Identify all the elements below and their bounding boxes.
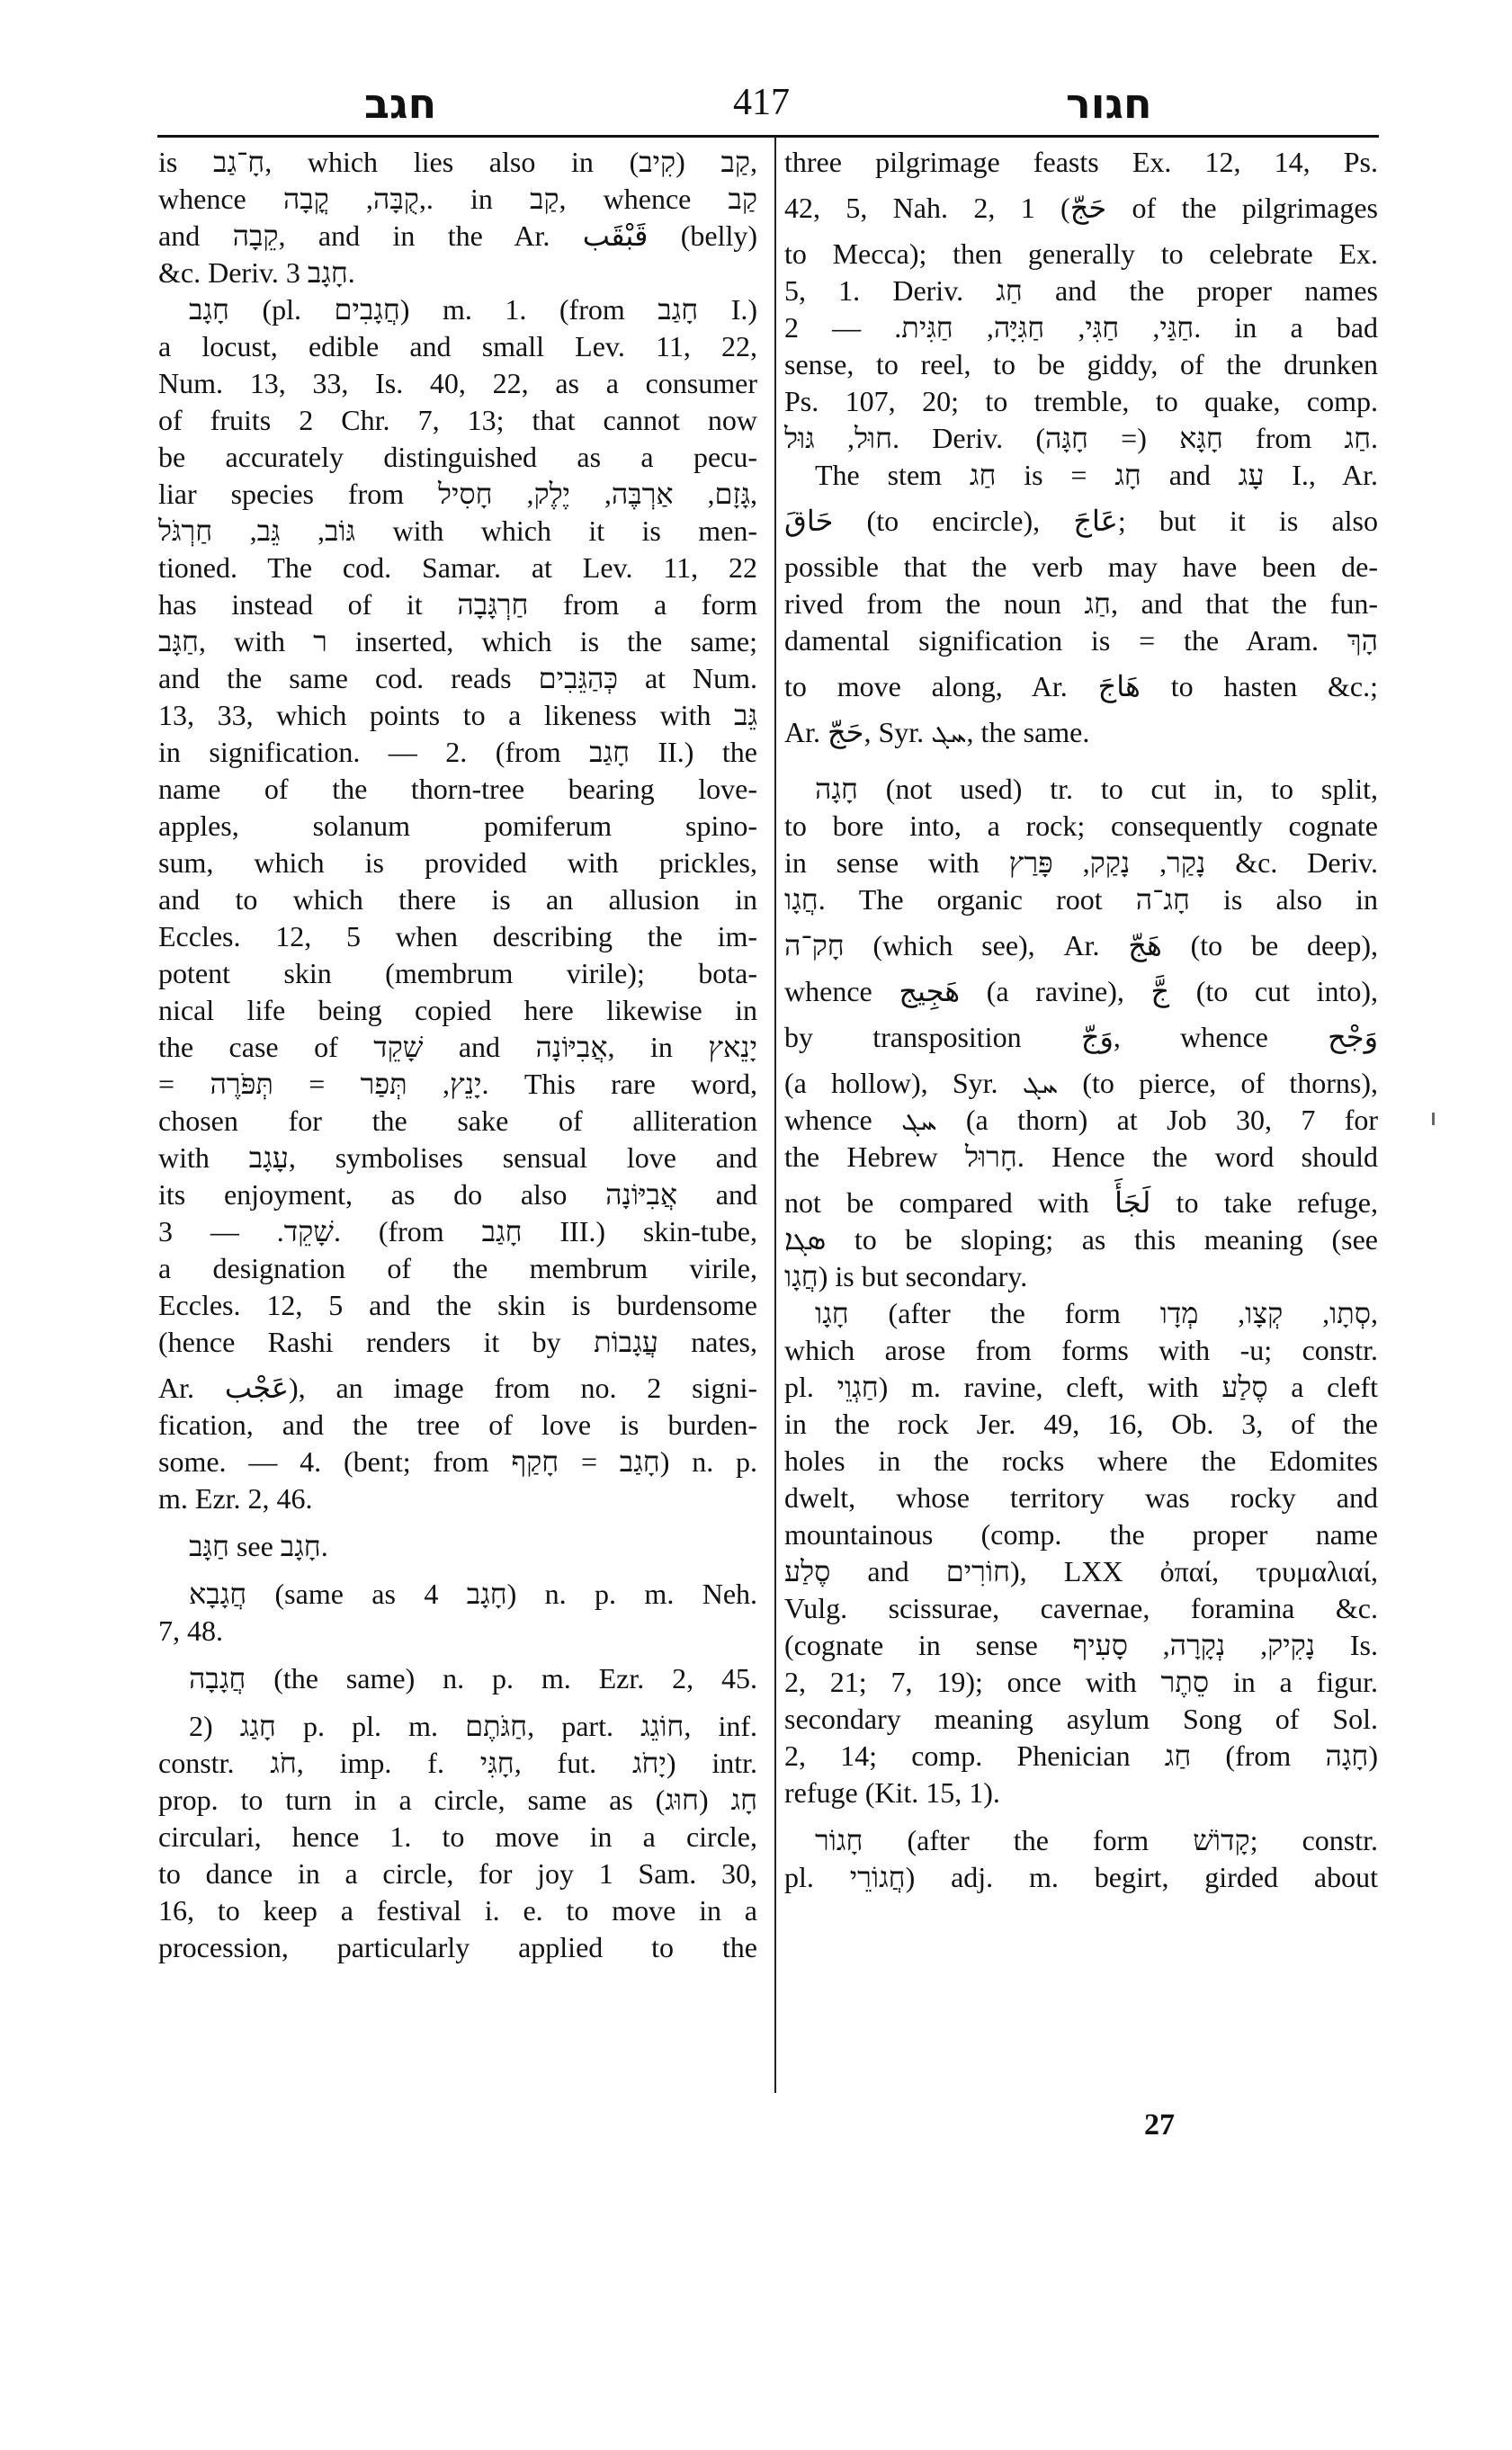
running-head: חגב 417 חגור: [157, 79, 1381, 133]
text-line: to move along, Ar. هَاجَ to hasten &c.;: [784, 659, 1378, 705]
entry-headline: חָגַג (2 p. pl. m. חַגֹּתֶם, part. חוֹגֵ…: [158, 1708, 757, 1745]
text-line: חוּל, גּוּל. Deriv. חָגָּא (= חָגָּה) fr…: [784, 420, 1378, 457]
text-line: a locust, edible and small Lev. 11, 22,: [158, 328, 757, 365]
text-line: Eccles. 12, 5 and the skin is burdensome: [158, 1287, 757, 1324]
entry-headline: חָגָו (after the form סְתָו, קְצָו, מְדָ…: [784, 1295, 1378, 1332]
right-column: three pilgrimage feasts Ex. 12, 14, Ps. …: [784, 144, 1378, 1896]
text-line: 5, 1. Deriv. חַג and the proper names: [784, 273, 1378, 309]
entry-headline: חַגָּב see חָגָב.: [158, 1528, 757, 1565]
entry-headline: חָגוֹר (after the form קָדוֹשׁ; constr.: [784, 1822, 1378, 1859]
text-line: dwelt, whose territory was rocky and: [784, 1480, 1378, 1516]
text-line: חֲגָו) is but secondary.: [784, 1258, 1378, 1295]
text-line: tioned. The cod. Samar. at Lev. 11, 22: [158, 550, 757, 586]
text-line: &c. Deriv. חָגָב 3.: [158, 255, 757, 291]
text-line: possible that the verb may have been de-: [784, 540, 1378, 586]
text-line: (hence Rashi renders it by עֲגָבוֹת nate…: [158, 1324, 757, 1361]
text-line: holes in the rocks where the Edomites: [784, 1443, 1378, 1480]
text-line: 13, 33, which points to a likeness with …: [158, 697, 757, 734]
text-line: is חָ־גַב, which lies also in קַב (קִיב)…: [158, 144, 757, 181]
text-line: סֶלַע and חוֹרִים), LXX ὀπαί, τρυμαλιαί,: [784, 1553, 1378, 1590]
text-line: sense, to reel, to be giddy, of the drun…: [784, 346, 1378, 383]
text-line: not be compared with لَجَأَ to take refu…: [784, 1176, 1378, 1221]
text-line: procession, particularly applied to the: [158, 1929, 757, 1966]
entry-headline: חָגָב (pl. חֲגָבִים) m. 1. (from חָגַב I…: [158, 291, 757, 328]
text-line: damental signification is = the Aram. הָ…: [784, 622, 1378, 659]
entry-headline: חֲגָבָה (the same) n. p. m. Ezr. 2, 45.: [158, 1660, 757, 1697]
text-line: whence קֻבָּה, קֳבָה,. in קַב, whence קַ…: [158, 181, 757, 218]
text-line: = יָנֵץ, תְּפַר = תְּפֹּרֶה. This rare w…: [158, 1066, 757, 1103]
text-line: and the same cod. reads כְּהַגֵּבִים at …: [158, 660, 757, 697]
text-line: the case of שָׁקֵד and אֲבִיּוֹנָה, in י…: [158, 1029, 757, 1066]
text-line: circulari, hence 1. to move in a circle,: [158, 1819, 757, 1855]
text-line: 7, 48.: [158, 1613, 757, 1650]
text-line: חַגַּי, חַגִּי, חַגִּיָּה, חַגִּית. — 2.…: [784, 309, 1378, 346]
text-line: m. Ezr. 2, 46.: [158, 1480, 757, 1517]
text-line: to Mecca); then generally to celebrate E…: [784, 227, 1378, 273]
text-line: 2, 21; 7, 19); once with סֵתֶר in a figu…: [784, 1664, 1378, 1701]
entry-headline: חָגָה (not used) tr. to cut in, to split…: [784, 762, 1378, 808]
text-line: its enjoyment, as do also אֲבִיּוֹנָה an…: [158, 1176, 757, 1213]
paragraph-start: The stem חַג is = חָג and עָג I., Ar.: [784, 457, 1378, 494]
text-line: by transposition وَجّ, whence وَجْح: [784, 1010, 1378, 1056]
text-line: pl. חֲגוֹרֵי) adj. m. begirt, girded abo…: [784, 1859, 1378, 1896]
text-line: rived from the noun חַג, and that the fu…: [784, 586, 1378, 622]
text-line: potent skin (membrum virile); bota-: [158, 955, 757, 992]
dictionary-page: חגב 417 חגור is חָ־גַב, which lies also …: [0, 0, 1512, 2450]
text-line: in signification. — 2. (from חָגַב II.) …: [158, 734, 757, 771]
text-line: name of the thorn-tree bearing love-: [158, 771, 757, 808]
text-line: liar species from גָּזָם, אַרְבֶּה, יֶלֶ…: [158, 476, 757, 513]
text-line: prop. to turn in a circle, same as חָג (…: [158, 1782, 757, 1819]
text-line: חֲגָו. The organic root חָג־ה is also in: [784, 881, 1378, 918]
text-line: with עָגָב, symbolises sensual love and: [158, 1140, 757, 1176]
text-line: nical life being copied here likewise in: [158, 992, 757, 1029]
text-line: mountainous (comp. the proper name: [784, 1516, 1378, 1553]
text-line: to bore into, a rock; consequently cogna…: [784, 808, 1378, 845]
text-line: (a hollow), Syr. ܚܓ (to pierce, of thorn…: [784, 1056, 1378, 1102]
text-line: حَاقَ (to encircle), عَاجَ; but it is al…: [784, 494, 1378, 540]
margin-speck: [1432, 1113, 1435, 1125]
text-line: chosen for the sake of alliteration: [158, 1103, 757, 1140]
text-line: גּוֹב, גֵּב, חַרְגֹּל with which it is m…: [158, 513, 757, 550]
text-line: Ps. 107, 20; to tremble, to quake, comp.: [784, 383, 1378, 420]
text-line: apples, solanum pomiferum spino-: [158, 808, 757, 845]
page-number: 417: [733, 81, 790, 124]
text-line: three pilgrimage feasts Ex. 12, 14, Ps.: [784, 144, 1378, 181]
text-line: 16, to keep a festival i. e. to move in …: [158, 1892, 757, 1929]
text-line: (cognate in sense נָקִיק, נְקָרָה, סָעִי…: [784, 1627, 1378, 1664]
header-rule: [157, 135, 1379, 138]
text-line: the Hebrew חָרוּל. Hence the word should: [784, 1139, 1378, 1176]
text-line: be accurately distinguished as a pecu-: [158, 439, 757, 476]
text-line: constr. חֹג, imp. f. חָגִּי, fut. יָחֹג)…: [158, 1745, 757, 1782]
text-line: in the rock Jer. 49, 16, Ob. 3, of the: [784, 1406, 1378, 1443]
entry-headline: חֲגָבָא (same as חָגָב 4) n. p. m. Neh.: [158, 1576, 757, 1613]
text-line: and to which there is an allusion in: [158, 881, 757, 918]
text-line: pl. חַגְוֵי) m. ravine, cleft, with סֶלַ…: [784, 1369, 1378, 1406]
text-line: to dance in a circle, for joy 1 Sam. 30,: [158, 1855, 757, 1892]
text-line: Ar. حَجّ, Syr. ܚܓ, the same.: [784, 705, 1378, 751]
text-line: ܣܓܐ to be sloping; as this meaning (see: [784, 1221, 1378, 1258]
column-divider: [774, 137, 776, 2093]
text-line: has instead of it חַרְגָּבָה from a form: [158, 586, 757, 623]
text-line: שָׁקֵד. — 3. (from חָגַב III.) skin-tube…: [158, 1213, 757, 1250]
text-line: Num. 13, 33, Is. 40, 22, as a consumer: [158, 365, 757, 402]
text-line: a designation of the membrum virile,: [158, 1250, 757, 1287]
left-column: is חָ־גַב, which lies also in קַב (קִיב)…: [158, 144, 757, 1966]
text-line: חַגָּב, with ר inserted, which is the sa…: [158, 623, 757, 660]
text-line: whence هَجِيج (a ravine), جَّ (to cut in…: [784, 964, 1378, 1010]
text-line: and קֵבָה, and in the Ar. قَبْقَب (belly…: [158, 218, 757, 255]
running-head-left-word: חגב: [364, 79, 436, 128]
signature-mark: 27: [1144, 2108, 1175, 2142]
text-line: 2, 14; comp. Phenician חַג (from חָגָה): [784, 1738, 1378, 1775]
text-line: refuge (Kit. 15, 1).: [784, 1775, 1378, 1811]
text-line: sum, which is provided with prickles,: [158, 845, 757, 881]
text-line: Vulg. scissurae, cavernae, foramina &c.: [784, 1590, 1378, 1627]
text-line: secondary meaning asylum Song of Sol.: [784, 1701, 1378, 1738]
text-line: Eccles. 12, 5 when describing the im-: [158, 918, 757, 955]
running-head-right-word: חגור: [1066, 79, 1152, 128]
text-line: חָק־ה (which see), Ar. هَجّ (to be deep)…: [784, 918, 1378, 964]
text-line: in sense with נָקַר, נָקַק, פָּרַץ &c. D…: [784, 845, 1378, 881]
text-line: which arose from forms with -u; constr.: [784, 1332, 1378, 1369]
text-line: 42, 5, Nah. 2, 1 (حَجّ of the pilgrimage…: [784, 181, 1378, 227]
text-line: some. — 4. (bent; from חָגַב = חָקַף) n.…: [158, 1444, 757, 1480]
text-line: Ar. عَجْب), an image from no. 2 signi-: [158, 1361, 757, 1407]
text-line: whence ܚܓ (a thorn) at Job 30, 7 for: [784, 1102, 1378, 1139]
text-line: fication, and the tree of love is burden…: [158, 1407, 757, 1444]
text-line: of fruits 2 Chr. 7, 13; that cannot now: [158, 402, 757, 439]
